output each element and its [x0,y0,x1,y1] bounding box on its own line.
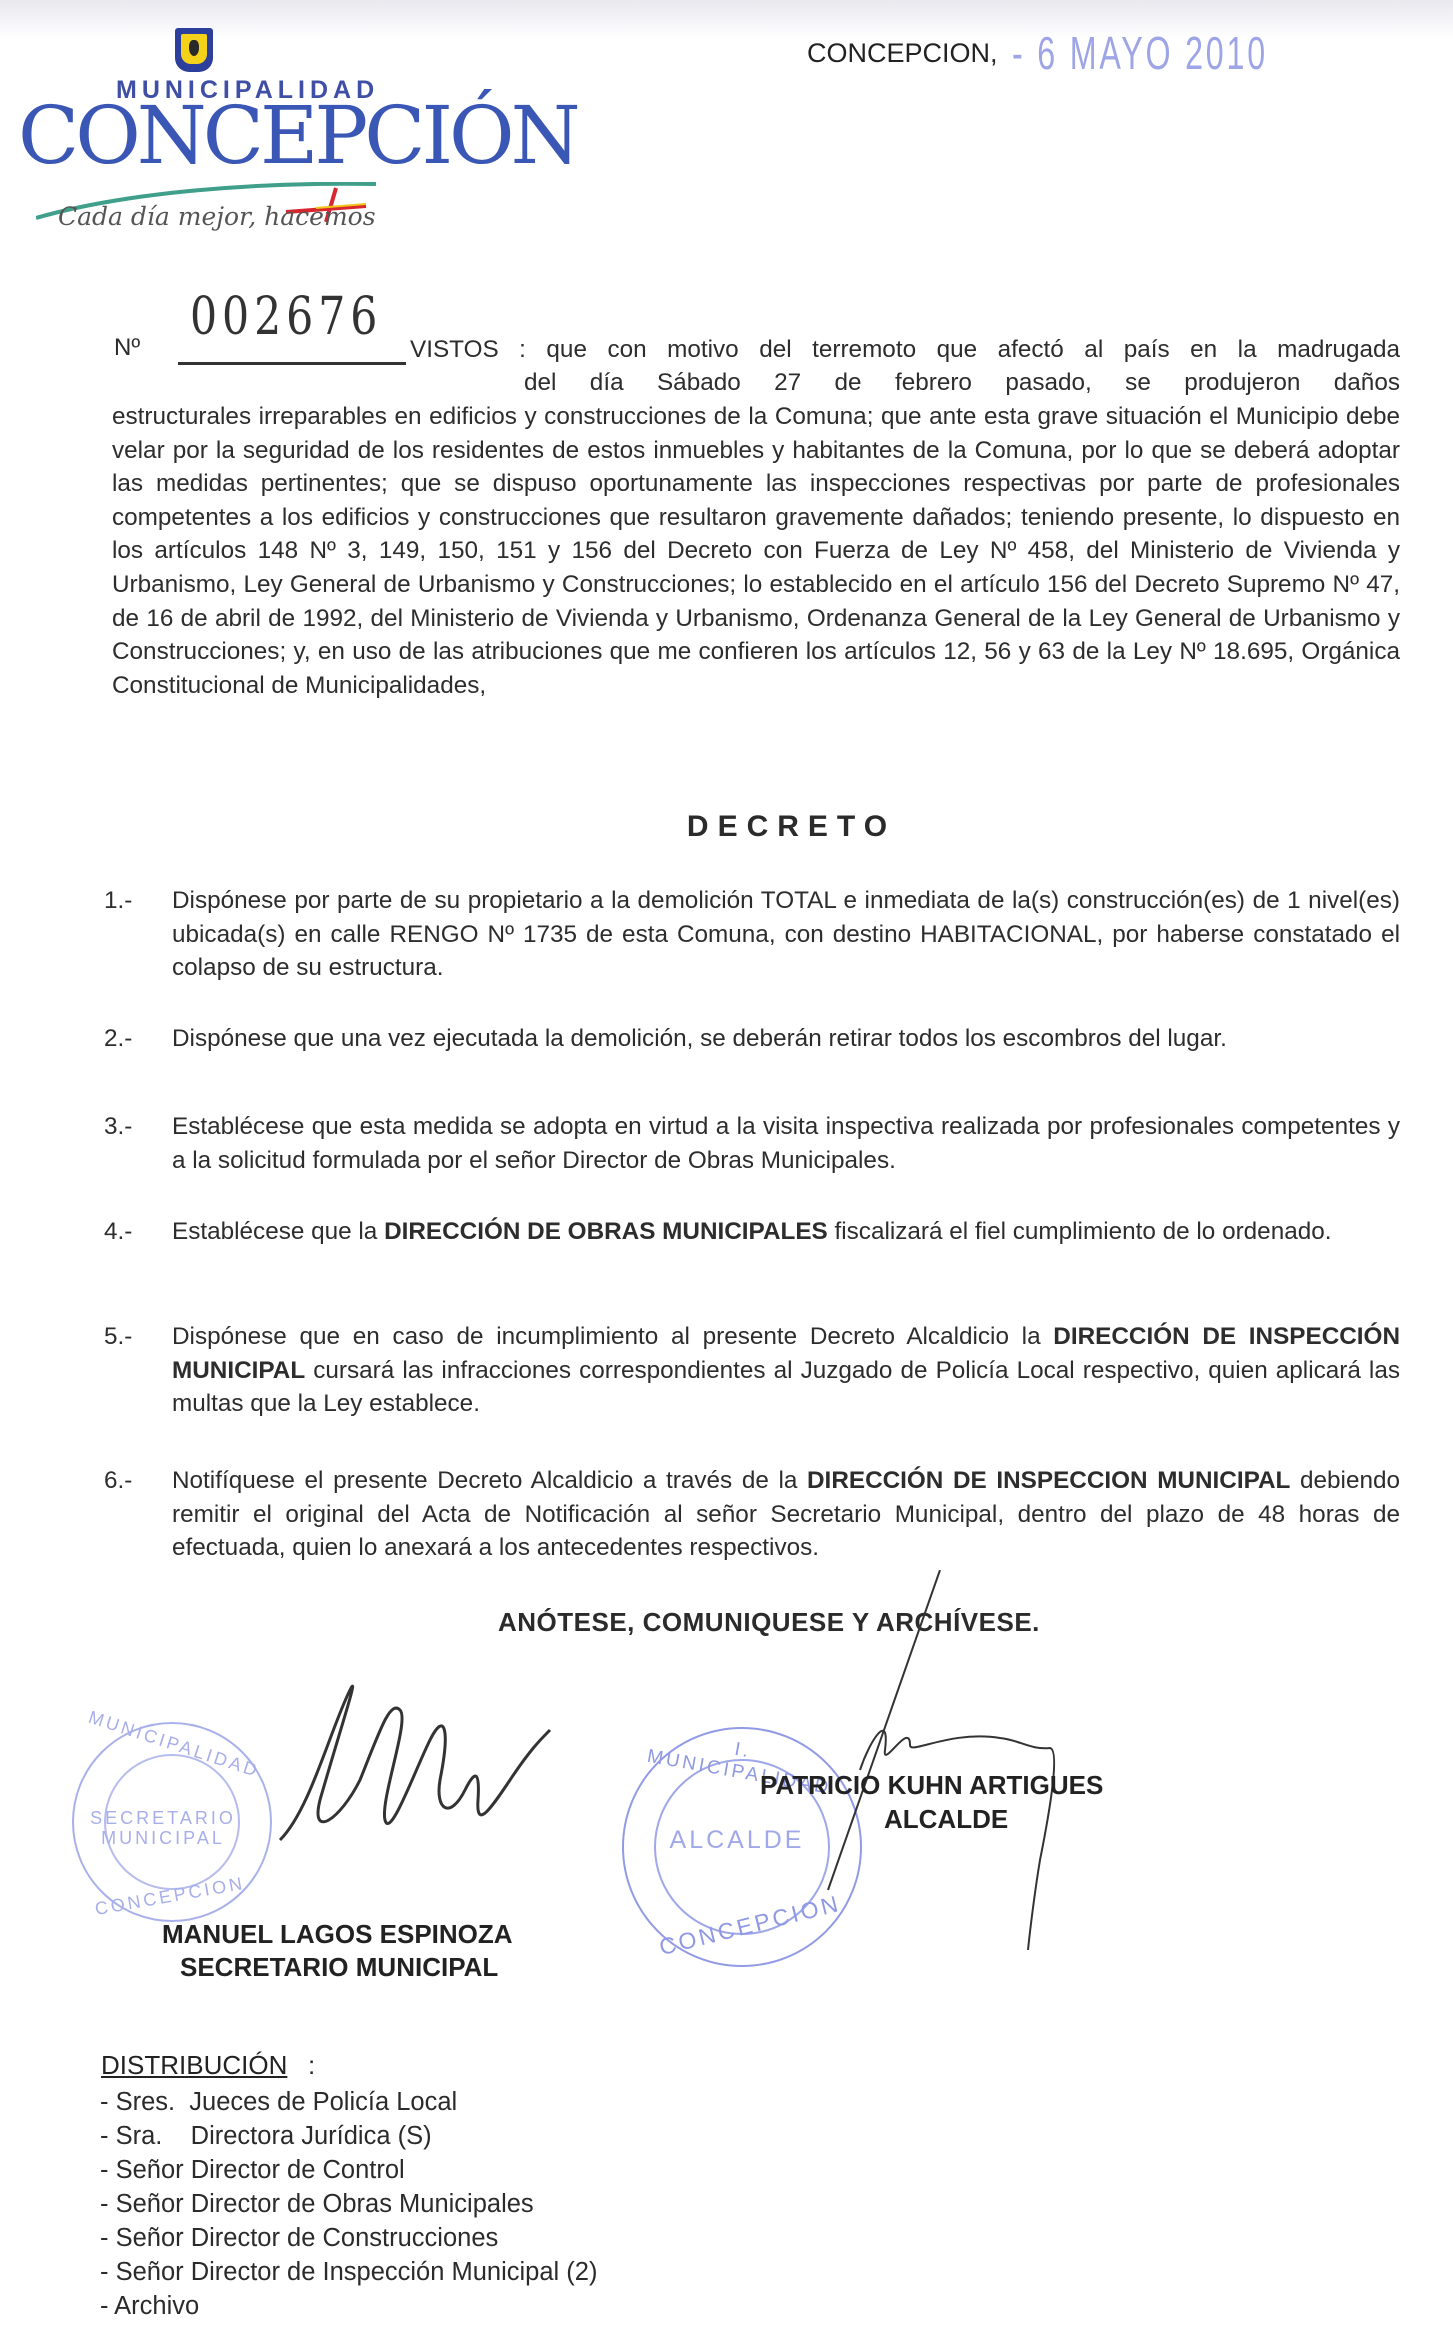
decree-item-number: 6.- [104,1464,164,1498]
decree-item-number: 3.- [104,1110,164,1144]
city-label: CONCEPCION, [807,38,998,69]
distribution-list: - Sres. Jueces de Policía Local- Sra. Di… [100,2085,597,2323]
decree-item-number: 2.- [104,1022,164,1056]
decree-number-underline [178,362,406,365]
decree-item-text: Establécese que la DIRECCIÓN DE OBRAS MU… [172,1215,1400,1249]
decree-item-number: 5.- [104,1320,164,1354]
distribution-title: DISTRIBUCIÓN [101,2050,287,2081]
logo-city-name: CONCEPCIÓN [18,96,577,176]
decree-item-5: 5.-Dispónese que en caso de incumplimien… [104,1320,1400,1421]
decree-item-text: Dispónese que en caso de incumplimiento … [172,1320,1400,1421]
distribution-item: - Archivo [100,2289,597,2323]
distribution-item: - Señor Director de Construcciones [100,2221,597,2255]
mayor-title: ALCALDE [884,1804,1084,1835]
distribution-colon: : [308,2050,315,2081]
decree-number-label: Nº [114,334,140,362]
vistos-line-2: del día Sábado 27 de febrero pasado, se … [524,366,1400,400]
decree-item-3: 3.-Establécese que esta medida se adopta… [104,1110,1400,1177]
mayor-name: PATRICIO KUHN ARTIGUES [760,1770,1140,1801]
decree-item-text: Establécese que esta medida se adopta en… [172,1110,1400,1177]
distribution-item: - Señor Director de Control [100,2153,597,2187]
coat-of-arms-icon [175,28,213,72]
decree-item-number: 4.- [104,1215,164,1249]
decree-item-text: Notifíquese el presente Decreto Alcaldic… [172,1464,1400,1565]
secretary-signature [250,1670,610,1870]
decree-item-text: Dispónese que una vez ejecutada la demol… [172,1022,1400,1056]
logo-tagline: Cada día mejor, hacemos [58,202,376,231]
decree-item-4: 4.-Establécese que la DIRECCIÓN DE OBRAS… [104,1215,1400,1249]
decree-item-2: 2.-Dispónese que una vez ejecutada la de… [104,1022,1400,1056]
decree-item-6: 6.-Notifíquese el presente Decreto Alcal… [104,1464,1400,1565]
distribution-item: - Sra. Directora Jurídica (S) [100,2119,597,2153]
municipality-logo: MUNICIPALIDAD CONCEPCIÓN Cada día mejor,… [18,26,378,226]
decree-title: DECRETO [0,810,1453,844]
vistos-body: estructurales irreparables en edificios … [112,400,1400,702]
secretary-name: MANUEL LAGOS ESPINOZA [162,1919,542,1950]
decree-item-number: 1.- [104,884,164,918]
distribution-item: - Sres. Jueces de Policía Local [100,2085,597,2119]
distribution-item: - Señor Director de Obras Municipales [100,2187,597,2221]
date-stamp: - 6 MAYO 2010 [1012,26,1268,80]
decree-item-text: Dispónese por parte de su propietario a … [172,884,1400,985]
vistos-line-1: VISTOS : que con motivo del terremoto qu… [410,333,1400,367]
secretary-title: SECRETARIO MUNICIPAL [180,1952,560,1983]
distribution-item: - Señor Director de Inspección Municipal… [100,2255,597,2289]
decree-item-1: 1.-Dispónese por parte de su propietario… [104,884,1400,985]
secretary-seal-inner-text: SECRETARIO MUNICIPAL [88,1808,238,1848]
decree-number: 002676 [190,287,382,347]
